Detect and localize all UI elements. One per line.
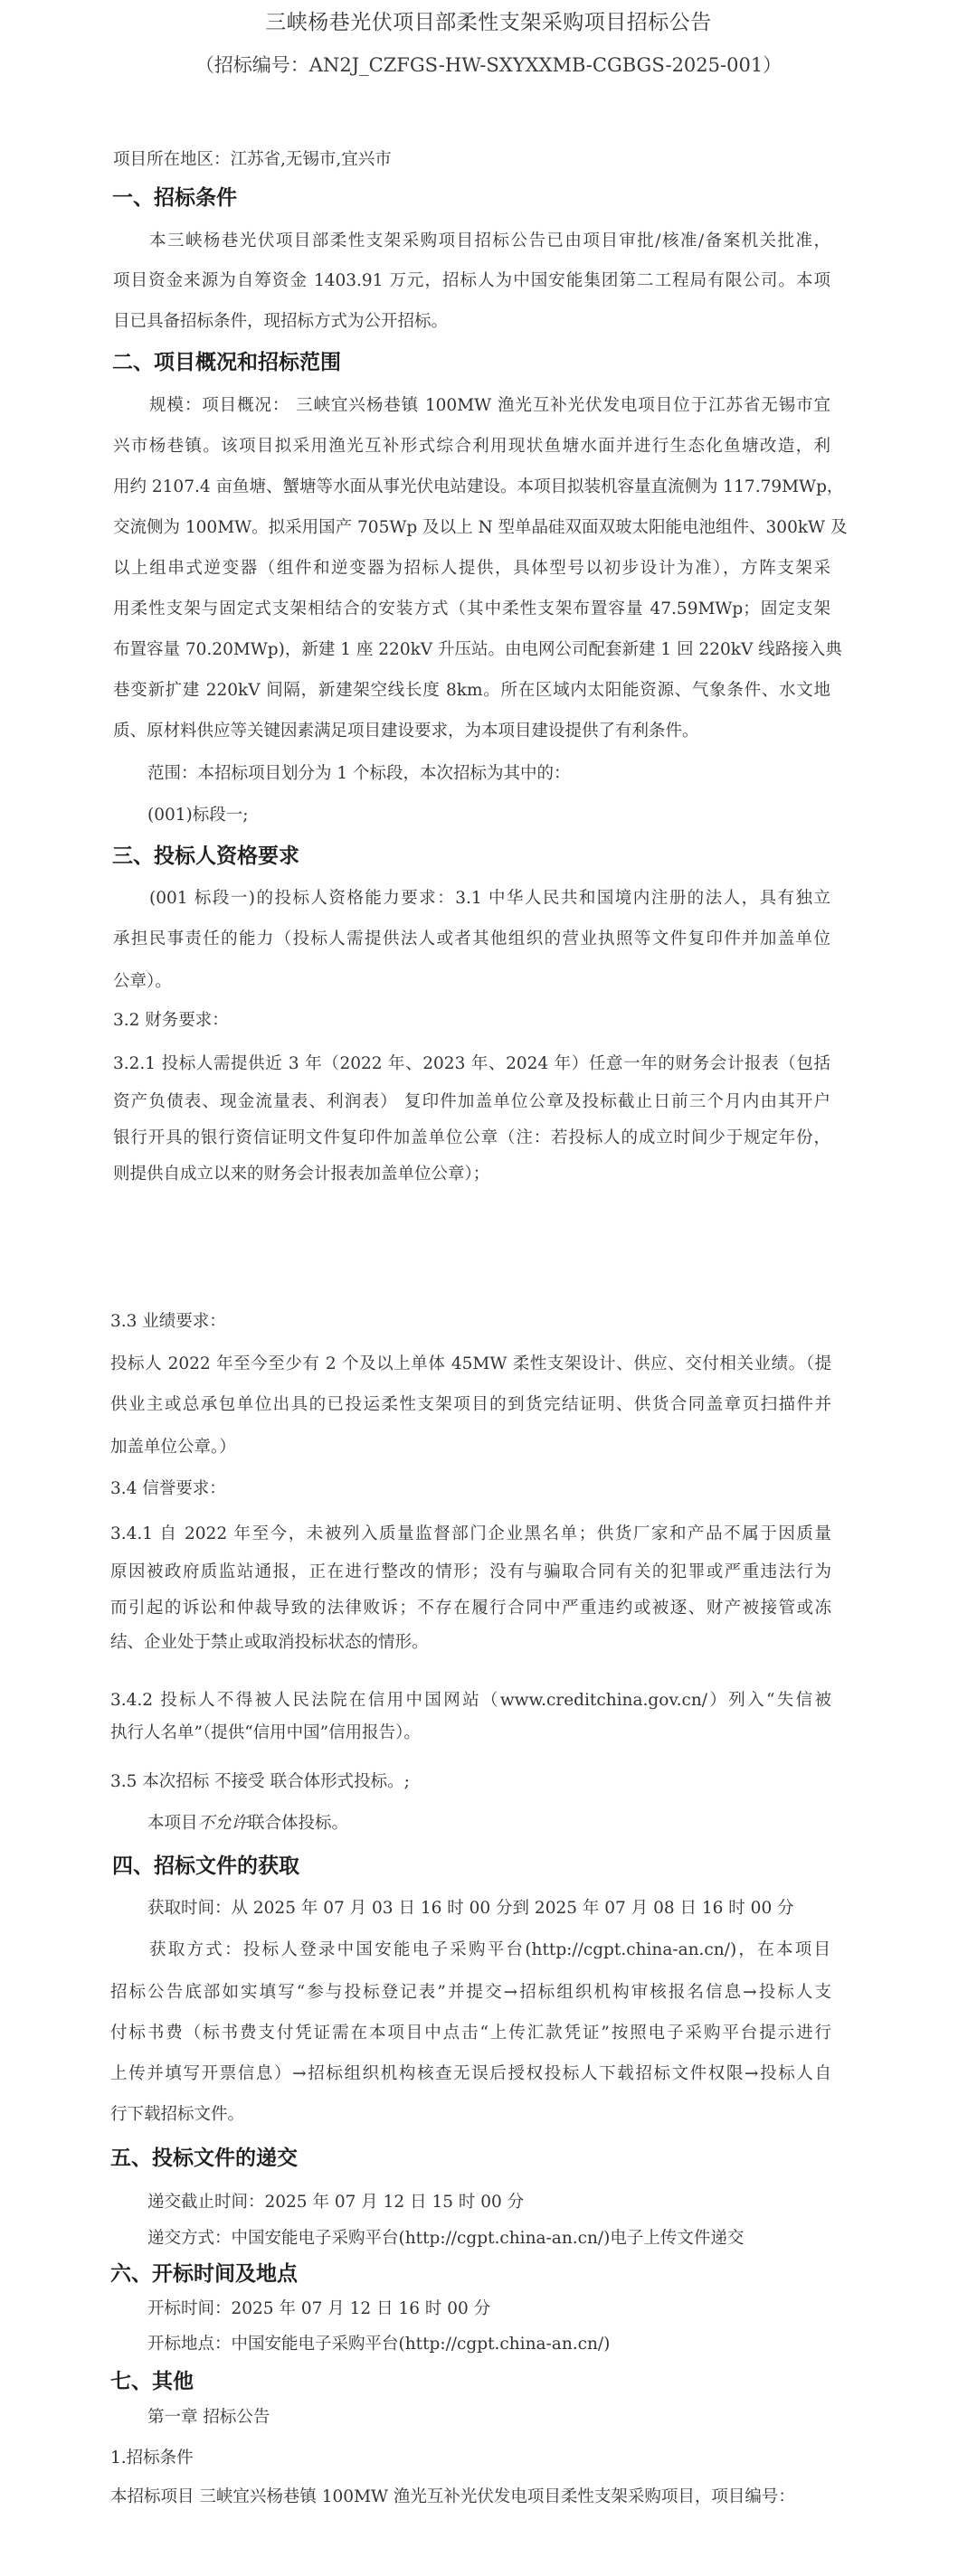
paragraph-line: 则提供自成立以来的财务会计报表加盖单位公章）； [113,1166,489,1184]
subsection-label: 3.2 财务要求： [113,1013,229,1030]
paragraph-line: 用柔性支架与固定式支架相结合的安装方式（其中柔性支架布置容量 47.59MWp；… [113,601,830,618]
paragraph-line: 加盖单位公章。） [110,1439,236,1457]
paragraph-line: 交流侧为 100MW。拟采用国产 705Wp 及以上 N 型单晶硅双面双玻太阳能… [113,520,830,537]
paragraph-line: 规模：项目概况： 三峡宜兴杨巷镇 100MW 渔光互补光伏发电项目位于江苏省无锡… [149,398,830,415]
paragraph-line: 3.4.2 投标人不得被人民法院在信用中国网站（www.creditchina.… [110,1693,831,1710]
paragraph-line: 投标人 2022 年至今至少有 2 个及以上单体 45MW 柔性支架设计、供应、… [110,1356,831,1373]
joint-bid-italic: 不允许 [198,1814,249,1833]
paragraph-line: (001 标段一)的投标人资格能力要求：3.1 中华人民共和国境内注册的法人，具… [149,891,830,908]
paragraph-line: 本招标项目 三峡宜兴杨巷镇 100MW 渔光互补光伏发电项目柔性支架采购项目，项… [110,2489,795,2506]
opening-time: 开标时间：2025 年 07 月 12 日 16 时 00 分 [147,2301,490,2318]
item-heading: 1.招标条件 [110,2450,194,2467]
paragraph-line: 执行人名单”（提供“信用中国”信用报告）。 [110,1725,421,1742]
section-heading-4: 四、招标文件的获取 [112,1856,299,1877]
section-heading-5: 五、投标文件的递交 [110,2148,298,2169]
submission-method: 递交方式：中国安能电子采购平台(http://cgpt.china-an.cn/… [147,2231,744,2248]
paragraph-line: 上传并填写开票信息）→招标组织机构核查无误后授权投标人下载招标文件权限→投标人自 [110,2066,831,2083]
paragraph-line: 资产负债表、现金流量表、利润表） 复印件加盖单位公章及投标截止日前三个月内由其开… [113,1094,830,1111]
paragraph-line: 供业主或总承包单位出具的已投运柔性支架项目的到货完结证明、供货合同盖章页扫描件并 [110,1397,831,1414]
paragraph-line: 以上组串式逆变器（组件和逆变器为招标人提供，具体型号以初步设计为准），方阵支架采 [113,561,830,578]
paragraph-line: 本三峡杨巷光伏项目部柔性支架采购项目招标公告已由项目审批/核准/备案机关批准， [149,233,830,250]
subsection-label: 3.3 业绩要求： [110,1314,226,1331]
opening-place: 开标地点：中国安能电子采购平台(http://cgpt.china-an.cn/… [147,2336,610,2354]
paragraph-line: 布置容量 70.20MWp)，新建 1 座 220kV 升压站。由电网公司配套新… [113,642,830,659]
project-region: 项目所在地区：江苏省,无锡市,宜兴市 [113,152,392,169]
paragraph-line: 行下载招标文件。 [110,2107,244,2124]
section-heading-3: 三、投标人资格要求 [112,846,299,867]
paragraph-line: 巷变新扩建 220kV 间隔，新建架空线长度 8km。所在区域内太阳能资源、气象… [113,683,830,700]
paragraph-line: 目已具备招标条件，现招标方式为公开招标。 [113,314,448,331]
acquire-time: 获取时间：从 2025 年 07 月 03 日 16 时 00 分到 2025 … [147,1901,794,1918]
paragraph-line: 承担民事责任的能力（投标人需提供法人或者其他组织的营业执照等文件复印件并加盖单位 [113,931,830,948]
paragraph-line: 公章）。 [113,974,172,991]
tender-number: （招标编号：AN2J_CZFGS-HW-SXYXXMB-CGBGS-2025-0… [0,56,977,75]
document-title: 三峡杨巷光伏项目部柔性支架采购项目招标公告 [0,13,977,33]
paragraph-line: 质、原材料供应等关键因素满足项目建设要求，为本项目建设提供了有利条件。 [113,723,699,741]
joint-bid-prefix: 本项目 [147,1814,198,1833]
joint-bid-suffix: 联合体投标。 [248,1814,348,1833]
section-heading-6: 六、开标时间及地点 [110,2264,298,2285]
section-heading-2: 二、项目概况和招标范围 [112,353,341,373]
section-heading-7: 七、其他 [110,2372,194,2392]
paragraph-line: 项目资金来源为自筹资金 1403.91 万元，招标人为中国安能集团第二工程局有限… [113,273,830,290]
scope-text: 范围：本招标项目划分为 1 个标段，本次招标为其中的： [147,766,571,783]
chapter-title: 第一章 招标公告 [147,2410,270,2427]
joint-bid-note: 本项目不允许联合体投标。 [147,1816,348,1833]
paragraph-line: 招标公告底部如实填写“参与投标登记表”并提交→招标组织机构审核报名信息→投标人支 [110,1985,831,2002]
paragraph-line: 付标书费（标书费支付凭证需在本项目中点击“上传汇款凭证”按照电子采购平台提示进行 [110,2025,831,2043]
paragraph-line: 结、企业处于禁止或取消投标状态的情形。 [110,1635,429,1652]
paragraph-line: 用约 2107.4 亩鱼塘、蟹塘等水面从事光伏电站建设。本项目拟装机容量直流侧为… [113,479,830,496]
subsection-label: 3.4 信誉要求： [110,1481,226,1498]
paragraph-line: 银行开具的银行资信证明文件复印件加盖单位公章（注：若投标人的成立时间少于规定年份… [113,1130,830,1147]
paragraph-line: 获取方式：投标人登录中国安能电子采购平台(http://cgpt.china-a… [149,1942,830,1959]
joint-bid-clause: 3.5 本次招标 不接受 联合体形式投标。; [110,1774,410,1791]
section-heading-1: 一、招标条件 [112,188,237,209]
paragraph-line: 3.4.1 自 2022 年至今，未被列入质量监督部门企业黑名单；供货厂家和产品… [110,1526,831,1543]
paragraph-line: 原因被政府质监站通报，正在进行整改的情形；没有与骗取合同有关的犯罪或严重违法行为 [110,1564,831,1581]
lot-text: (001)标段一; [147,807,248,825]
paragraph-line: 兴市杨巷镇。该项目拟采用渔光互补形式综合利用现状鱼塘水面并进行生态化鱼塘改造，利 [113,439,830,456]
paragraph-line: 3.2.1 投标人需提供近 3 年（2022 年、2023 年、2024 年）任… [113,1056,830,1073]
submission-deadline: 递交截止时间：2025 年 07 月 12 日 15 时 00 分 [147,2194,524,2212]
paragraph-line: 而引起的诉讼和仲裁导致的法律败诉；不存在履行合同中严重违约或被逐、财产被接管或冻 [110,1600,831,1618]
